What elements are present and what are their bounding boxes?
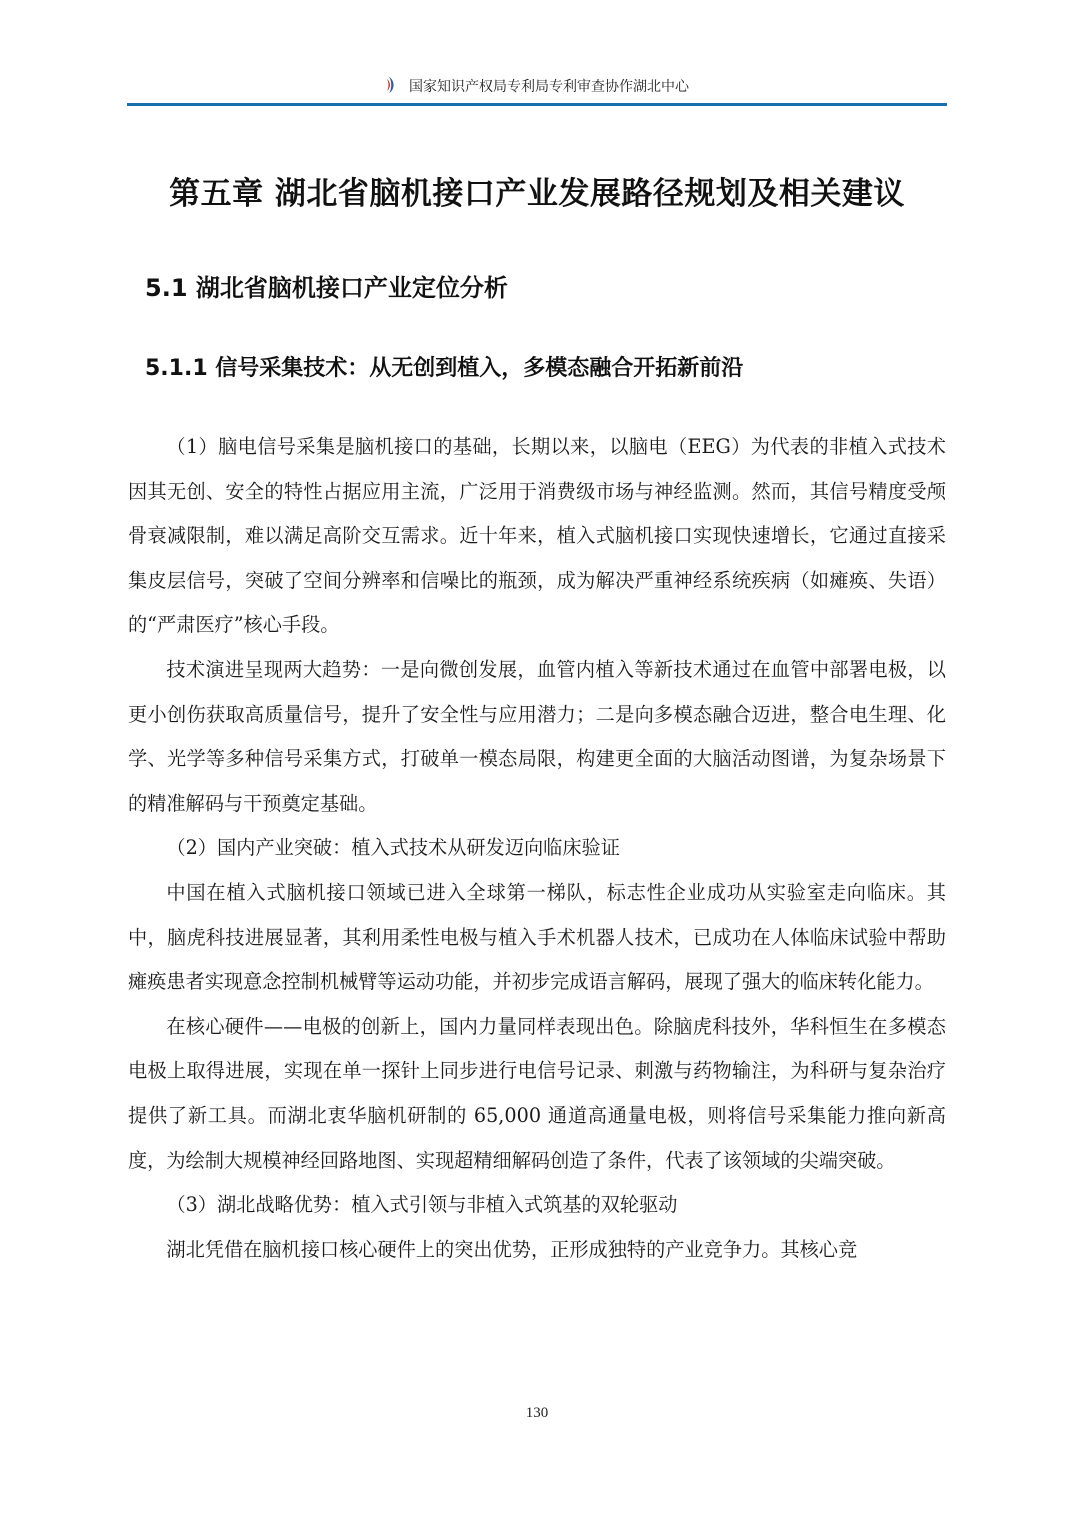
paragraph-4: 中国在植入式脑机接口领域已进入全球第一梯队，标志性企业成功从实验室走向临床。其中…	[128, 871, 946, 1005]
header-divider	[127, 103, 947, 106]
paragraph-6-heading: （3）湖北战略优势：植入式引领与非植入式筑基的双轮驱动	[128, 1183, 946, 1228]
chapter-title: 第五章 湖北省脑机接口产业发展路径规划及相关建议	[0, 168, 1074, 213]
page-number: 130	[0, 1405, 1074, 1422]
paragraph-2: 技术演进呈现两大趋势：一是向微创发展，血管内植入等新技术通过在血管中部署电极，以…	[128, 648, 946, 826]
paragraph-1: （1）脑电信号采集是脑机接口的基础，长期以来，以脑电（EEG）为代表的非植入式技…	[128, 425, 946, 648]
header-text-row: 国家知识产权局专利局专利审查协作湖北中心	[127, 76, 947, 96]
paragraph-7: 湖北凭借在脑机接口核心硬件上的突出优势，正形成独特的产业竞争力。其核心竞	[128, 1228, 946, 1273]
crescent-logo-icon	[385, 76, 399, 94]
paragraph-5: 在核心硬件——电极的创新上，国内力量同样表现出色。除脑虎科技外，华科恒生在多模态…	[128, 1005, 946, 1183]
body-text: （1）脑电信号采集是脑机接口的基础，长期以来，以脑电（EEG）为代表的非植入式技…	[128, 425, 946, 1272]
paragraph-3-heading: （2）国内产业突破：植入式技术从研发迈向临床验证	[128, 826, 946, 871]
section-heading: 5.1 湖北省脑机接口产业定位分析	[145, 268, 508, 303]
document-page: 国家知识产权局专利局专利审查协作湖北中心 第五章 湖北省脑机接口产业发展路径规划…	[0, 0, 1074, 1520]
page-header: 国家知识产权局专利局专利审查协作湖北中心	[127, 72, 947, 108]
header-organization: 国家知识产权局专利局专利审查协作湖北中心	[409, 79, 689, 95]
subsection-heading: 5.1.1 信号采集技术：从无创到植入，多模态融合开拓新前沿	[145, 351, 743, 382]
